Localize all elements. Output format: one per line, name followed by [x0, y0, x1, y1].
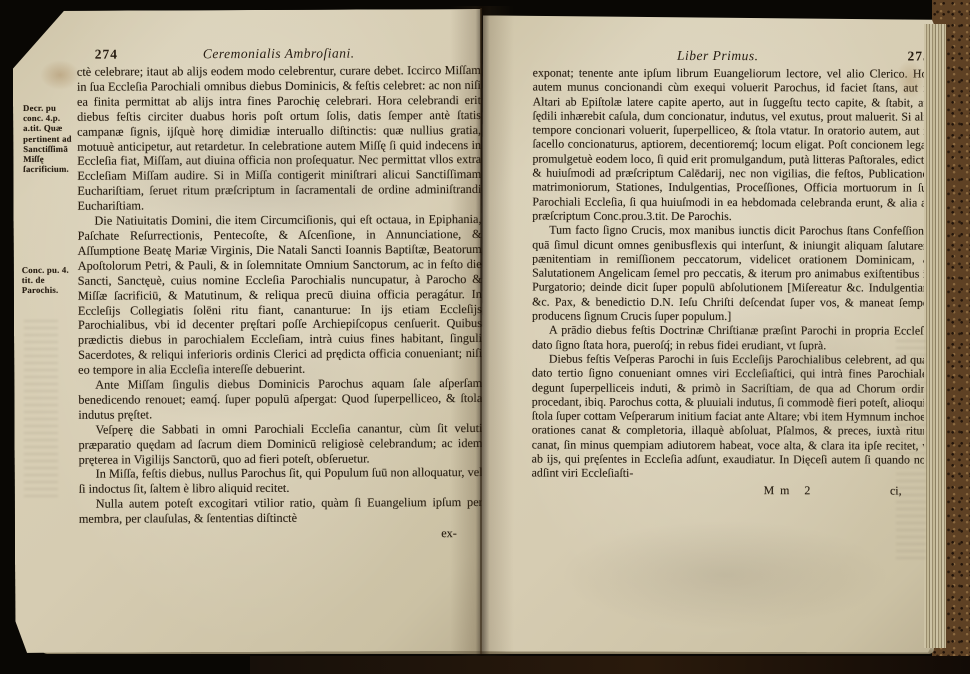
- paragraph: Die Natiuitatis Domini, die item Circumc…: [77, 212, 482, 378]
- paragraph: exponat; tenente ante ipſum librum Euang…: [532, 66, 932, 224]
- right-catchword: ci,: [890, 483, 902, 497]
- right-page-header: Liber Primus. 275: [533, 48, 933, 49]
- fore-edge-page-stack: [924, 24, 946, 648]
- left-page-header: 274 Ceremonialis Ambroſiani.: [77, 45, 481, 47]
- right-running-title: Liber Primus.: [533, 48, 903, 65]
- paragraph: Diebus feſtis Veſperas Parochi in ſuis E…: [532, 351, 932, 481]
- paragraph: Tum facto ſigno Crucis, mox manibus iunc…: [532, 223, 932, 324]
- book-bottom-board: [250, 656, 970, 674]
- right-page-footer: Mm 2 ci,: [532, 482, 932, 499]
- paragraph: A prādio diebus feſtis Doctrinæ Chriſtia…: [532, 323, 932, 353]
- left-catchword: ex-: [79, 526, 483, 543]
- right-page: Liber Primus. 275 exponat; tenente ante …: [481, 15, 939, 652]
- left-running-title: Ceremonialis Ambroſiani.: [77, 45, 481, 63]
- margin-note-conc: Conc. pu. 4. tit. de Parochis.: [22, 265, 72, 296]
- right-page-body: exponat; tenente ante ipſum librum Euang…: [532, 66, 933, 500]
- paragraph: Veſperę die Sabbati in omni Parochiali E…: [78, 421, 482, 467]
- paragraph: In Miſſa, feſtis diebus, nullus Parochus…: [79, 465, 483, 497]
- book-photo: { "colors":{ "background":"#090704", "pa…: [0, 0, 970, 674]
- gathering-signature: Mm 2: [764, 483, 817, 497]
- paragraph: ctè celebrare; itaut ab alijs eodem modo…: [77, 63, 482, 214]
- paragraph: Ante Miſſam ſingulis diebus Dominicis Pa…: [78, 376, 482, 422]
- paragraph: Nulla autem poteſt excogitari vtilior ra…: [79, 495, 483, 527]
- left-page-body: ctè celebrare; itaut ab alijs eodem modo…: [77, 63, 483, 543]
- margin-note-decr: Decr. pu conc. 4.p. a.tit. Quæ pertinent…: [23, 103, 73, 175]
- left-page: 274 Ceremonialis Ambroſiani. Decr. pu co…: [13, 9, 484, 653]
